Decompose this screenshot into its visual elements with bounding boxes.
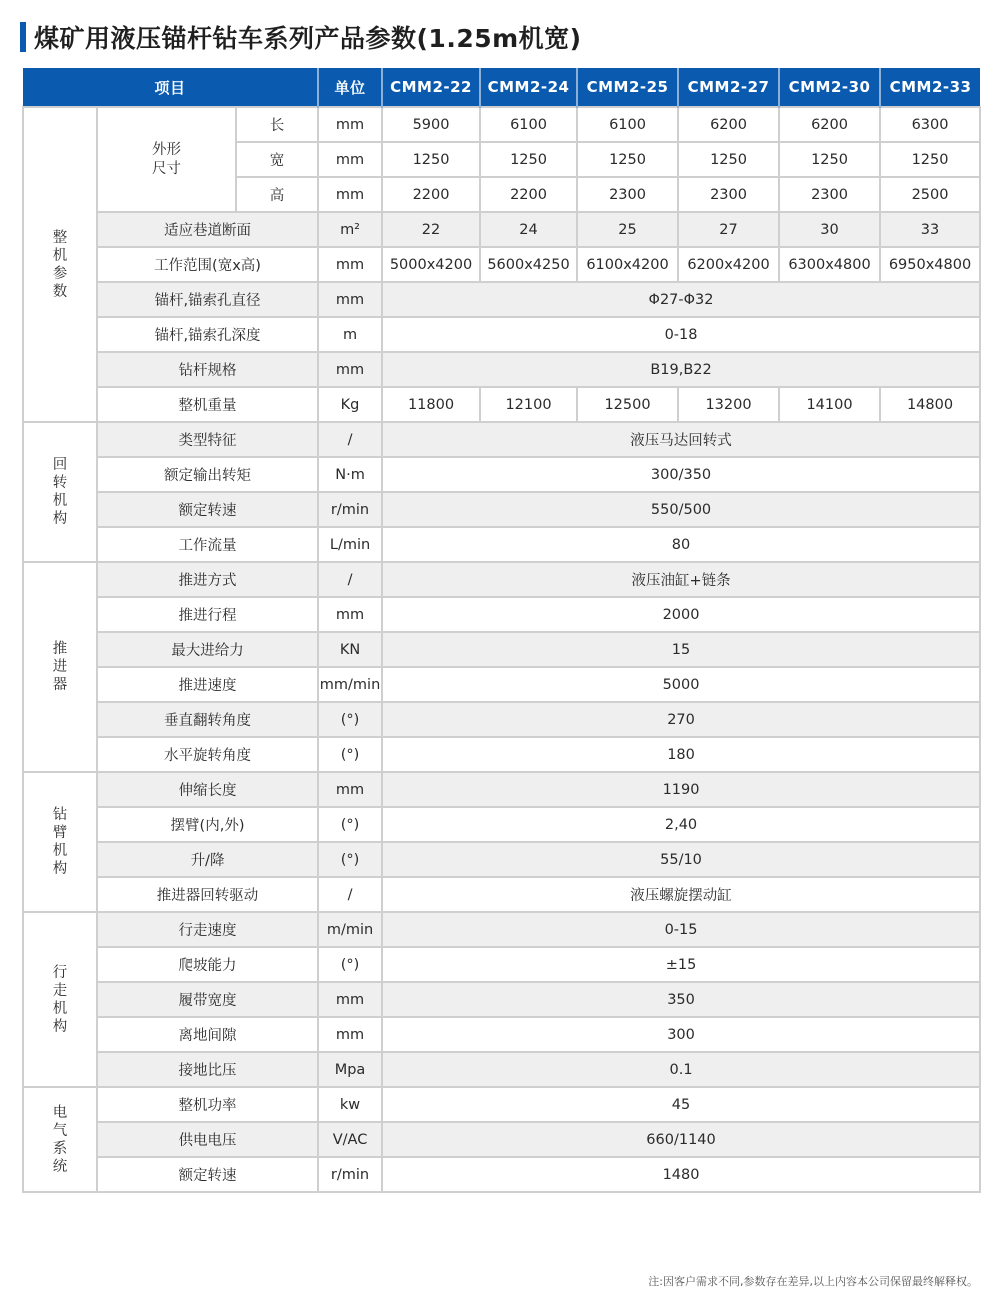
group-label-char: 机 [24, 492, 96, 510]
group-label-char: 统 [24, 1158, 96, 1176]
table-row: 推进行程mm2000 [23, 597, 980, 632]
unit-cell: kw [318, 1087, 382, 1122]
param-label: 推进速度 [97, 667, 318, 702]
table-row: 整机重量Kg118001210012500132001410014800 [23, 387, 980, 422]
table-row: 离地间隙mm300 [23, 1017, 980, 1052]
param-label: 摆臂(内,外) [97, 807, 318, 842]
table-row: 电气系统整机功率kw45 [23, 1087, 980, 1122]
unit-cell: mm [318, 107, 382, 142]
table-row: 额定输出转矩N·m300/350 [23, 457, 980, 492]
table-row: 钻臂机构伸缩长度mm1190 [23, 772, 980, 807]
group-label-char: 构 [24, 510, 96, 528]
value-cell-merged: 660/1140 [382, 1122, 980, 1157]
table-header-row: 项目 单位 CMM2-22 CMM2-24 CMM2-25 CMM2-27 CM… [23, 68, 980, 107]
group-label-char: 机 [24, 842, 96, 860]
unit-cell: L/min [318, 527, 382, 562]
value-cell: 24 [480, 212, 577, 247]
param-label: 适应巷道断面 [97, 212, 318, 247]
value-cell: 11800 [382, 387, 480, 422]
footnote: 注:因客户需求不同,参数存在差异,以上内容本公司保留最终解释权。 [648, 1273, 978, 1289]
value-cell-merged: 300/350 [382, 457, 980, 492]
param-label: 钻杆规格 [97, 352, 318, 387]
param-label: 长 [236, 107, 318, 142]
table-row: 推进器推进方式/液压油缸+链条 [23, 562, 980, 597]
table-row: 水平旋转角度(°)180 [23, 737, 980, 772]
param-label: 伸缩长度 [97, 772, 318, 807]
group-label-char: 数 [24, 283, 96, 301]
group-label-travel: 行走机构 [23, 912, 97, 1087]
param-label: 水平旋转角度 [97, 737, 318, 772]
table-row: 适应巷道断面m²222425273033 [23, 212, 980, 247]
table-row: 履带宽度mm350 [23, 982, 980, 1017]
value-cell-merged: Φ27-Φ32 [382, 282, 980, 317]
spec-table: 项目 单位 CMM2-22 CMM2-24 CMM2-25 CMM2-27 CM… [22, 68, 981, 1193]
value-cell: 1250 [880, 142, 980, 177]
value-cell: 2500 [880, 177, 980, 212]
param-label: 升/降 [97, 842, 318, 877]
table-row: 锚杆,锚索孔深度m0-18 [23, 317, 980, 352]
param-label: 推进方式 [97, 562, 318, 597]
value-cell-merged: 5000 [382, 667, 980, 702]
param-label: 宽 [236, 142, 318, 177]
param-label: 高 [236, 177, 318, 212]
value-cell-merged: 1480 [382, 1157, 980, 1192]
table-row: 工作流量L/min80 [23, 527, 980, 562]
value-cell: 6200x4200 [678, 247, 779, 282]
group-label-char: 气 [24, 1122, 96, 1140]
unit-cell: / [318, 422, 382, 457]
unit-cell: mm [318, 597, 382, 632]
header-unit: 单位 [318, 68, 382, 107]
table-row: 行走机构行走速度m/min0-15 [23, 912, 980, 947]
value-cell-merged: 液压螺旋摆动缸 [382, 877, 980, 912]
unit-cell: / [318, 877, 382, 912]
unit-cell: mm [318, 1017, 382, 1052]
table-row: 整机参数外形尺寸长mm590061006100620062006300 [23, 107, 980, 142]
header-model: CMM2-30 [779, 68, 880, 107]
group-label-char: 进 [24, 658, 96, 676]
param-label: 锚杆,锚索孔直径 [97, 282, 318, 317]
value-cell: 2200 [382, 177, 480, 212]
value-cell: 2300 [779, 177, 880, 212]
table-row: 垂直翻转角度(°)270 [23, 702, 980, 737]
param-label: 供电电压 [97, 1122, 318, 1157]
unit-cell: (°) [318, 807, 382, 842]
value-cell-merged: 80 [382, 527, 980, 562]
group-label-char: 行 [24, 964, 96, 982]
value-cell-merged: 270 [382, 702, 980, 737]
value-cell-merged: 55/10 [382, 842, 980, 877]
unit-cell: (°) [318, 842, 382, 877]
group-label-char: 转 [24, 474, 96, 492]
value-cell-merged: 180 [382, 737, 980, 772]
value-cell: 22 [382, 212, 480, 247]
table-row: 回转机构类型特征/液压马达回转式 [23, 422, 980, 457]
dims-label-line: 外形 [98, 141, 235, 160]
unit-cell: mm [318, 982, 382, 1017]
unit-cell: mm [318, 142, 382, 177]
header-model: CMM2-22 [382, 68, 480, 107]
group-label-char: 构 [24, 1018, 96, 1036]
group-label-char: 参 [24, 265, 96, 283]
table-row: 最大进给力KN15 [23, 632, 980, 667]
value-cell-merged: 0-18 [382, 317, 980, 352]
value-cell-merged: 550/500 [382, 492, 980, 527]
unit-cell: V/AC [318, 1122, 382, 1157]
param-label: 工作流量 [97, 527, 318, 562]
param-label: 整机功率 [97, 1087, 318, 1122]
table-row: 升/降(°)55/10 [23, 842, 980, 877]
param-label: 爬坡能力 [97, 947, 318, 982]
group-label-feeder: 推进器 [23, 562, 97, 772]
value-cell: 1250 [480, 142, 577, 177]
unit-cell: r/min [318, 1157, 382, 1192]
value-cell: 25 [577, 212, 678, 247]
group-label-char: 机 [24, 1000, 96, 1018]
unit-cell: mm [318, 247, 382, 282]
value-cell: 27 [678, 212, 779, 247]
value-cell: 1250 [382, 142, 480, 177]
value-cell: 12100 [480, 387, 577, 422]
value-cell-merged: ±15 [382, 947, 980, 982]
unit-cell: mm/min [318, 667, 382, 702]
group-label-char: 构 [24, 860, 96, 878]
unit-cell: (°) [318, 947, 382, 982]
dims-label: 外形尺寸 [97, 107, 236, 212]
unit-cell: m [318, 317, 382, 352]
value-cell: 2300 [678, 177, 779, 212]
unit-cell: / [318, 562, 382, 597]
value-cell-merged: 液压马达回转式 [382, 422, 980, 457]
table-row: 供电电压V/AC660/1140 [23, 1122, 980, 1157]
param-label: 接地比压 [97, 1052, 318, 1087]
value-cell: 12500 [577, 387, 678, 422]
table-row: 额定转速r/min550/500 [23, 492, 980, 527]
value-cell-merged: 0.1 [382, 1052, 980, 1087]
value-cell: 6300 [880, 107, 980, 142]
value-cell-merged: 350 [382, 982, 980, 1017]
group-label-char: 回 [24, 456, 96, 474]
param-label: 最大进给力 [97, 632, 318, 667]
group-label-char: 臂 [24, 824, 96, 842]
value-cell: 6200 [779, 107, 880, 142]
table-row: 工作范围(宽x高)mm5000x42005600x42506100x420062… [23, 247, 980, 282]
unit-cell: mm [318, 772, 382, 807]
value-cell: 1250 [779, 142, 880, 177]
value-cell: 13200 [678, 387, 779, 422]
table-row: 爬坡能力(°)±15 [23, 947, 980, 982]
table-row: 钻杆规格mmB19,B22 [23, 352, 980, 387]
group-label-char: 钻 [24, 806, 96, 824]
value-cell: 30 [779, 212, 880, 247]
value-cell-merged: 0-15 [382, 912, 980, 947]
value-cell: 1250 [678, 142, 779, 177]
value-cell-merged: 2,40 [382, 807, 980, 842]
param-label: 行走速度 [97, 912, 318, 947]
value-cell-merged: 1190 [382, 772, 980, 807]
header-model: CMM2-25 [577, 68, 678, 107]
table-row: 推进速度mm/min5000 [23, 667, 980, 702]
unit-cell: (°) [318, 702, 382, 737]
group-label-char: 器 [24, 676, 96, 694]
unit-cell: mm [318, 282, 382, 317]
value-cell: 5000x4200 [382, 247, 480, 282]
unit-cell: Mpa [318, 1052, 382, 1087]
value-cell-merged: 2000 [382, 597, 980, 632]
header-item: 项目 [23, 68, 318, 107]
value-cell: 5600x4250 [480, 247, 577, 282]
group-label-char: 机 [24, 247, 96, 265]
group-label-char: 系 [24, 1140, 96, 1158]
title-accent-bar [20, 22, 26, 52]
header-model: CMM2-33 [880, 68, 980, 107]
param-label: 离地间隙 [97, 1017, 318, 1052]
table-row: 摆臂(内,外)(°)2,40 [23, 807, 980, 842]
group-label-boom: 钻臂机构 [23, 772, 97, 912]
value-cell: 6950x4800 [880, 247, 980, 282]
unit-cell: N·m [318, 457, 382, 492]
param-label: 履带宽度 [97, 982, 318, 1017]
value-cell: 33 [880, 212, 980, 247]
param-label: 额定转速 [97, 492, 318, 527]
dims-label-line: 尺寸 [98, 160, 235, 179]
param-label: 额定输出转矩 [97, 457, 318, 492]
group-label-whole: 整机参数 [23, 107, 97, 422]
param-label: 整机重量 [97, 387, 318, 422]
value-cell-merged: 300 [382, 1017, 980, 1052]
group-label-electric: 电气系统 [23, 1087, 97, 1192]
value-cell: 1250 [577, 142, 678, 177]
value-cell: 6100 [577, 107, 678, 142]
unit-cell: m² [318, 212, 382, 247]
value-cell-merged: 45 [382, 1087, 980, 1122]
value-cell: 6200 [678, 107, 779, 142]
group-label-char: 电 [24, 1104, 96, 1122]
unit-cell: (°) [318, 737, 382, 772]
param-label: 垂直翻转角度 [97, 702, 318, 737]
value-cell: 5900 [382, 107, 480, 142]
table-row: 接地比压Mpa0.1 [23, 1052, 980, 1087]
param-label: 工作范围(宽x高) [97, 247, 318, 282]
table-row: 推进器回转驱动/液压螺旋摆动缸 [23, 877, 980, 912]
page-title: 煤矿用液压锚杆钻车系列产品参数(1.25m机宽) [34, 19, 582, 55]
value-cell: 6300x4800 [779, 247, 880, 282]
header-model: CMM2-27 [678, 68, 779, 107]
param-label: 类型特征 [97, 422, 318, 457]
param-label: 额定转速 [97, 1157, 318, 1192]
group-label-char: 走 [24, 982, 96, 1000]
unit-cell: KN [318, 632, 382, 667]
param-label: 锚杆,锚索孔深度 [97, 317, 318, 352]
unit-cell: mm [318, 352, 382, 387]
unit-cell: r/min [318, 492, 382, 527]
value-cell: 14100 [779, 387, 880, 422]
param-label: 推进器回转驱动 [97, 877, 318, 912]
value-cell-merged: B19,B22 [382, 352, 980, 387]
value-cell: 14800 [880, 387, 980, 422]
page-title-block: 煤矿用液压锚杆钻车系列产品参数(1.25m机宽) [20, 20, 582, 54]
header-model: CMM2-24 [480, 68, 577, 107]
value-cell: 6100 [480, 107, 577, 142]
value-cell: 6100x4200 [577, 247, 678, 282]
value-cell-merged: 液压油缸+链条 [382, 562, 980, 597]
group-label-rotary: 回转机构 [23, 422, 97, 562]
unit-cell: Kg [318, 387, 382, 422]
unit-cell: m/min [318, 912, 382, 947]
value-cell: 2300 [577, 177, 678, 212]
value-cell: 2200 [480, 177, 577, 212]
unit-cell: mm [318, 177, 382, 212]
value-cell-merged: 15 [382, 632, 980, 667]
table-row: 额定转速r/min1480 [23, 1157, 980, 1192]
table-row: 锚杆,锚索孔直径mmΦ27-Φ32 [23, 282, 980, 317]
group-label-char: 推 [24, 640, 96, 658]
param-label: 推进行程 [97, 597, 318, 632]
group-label-char: 整 [24, 229, 96, 247]
